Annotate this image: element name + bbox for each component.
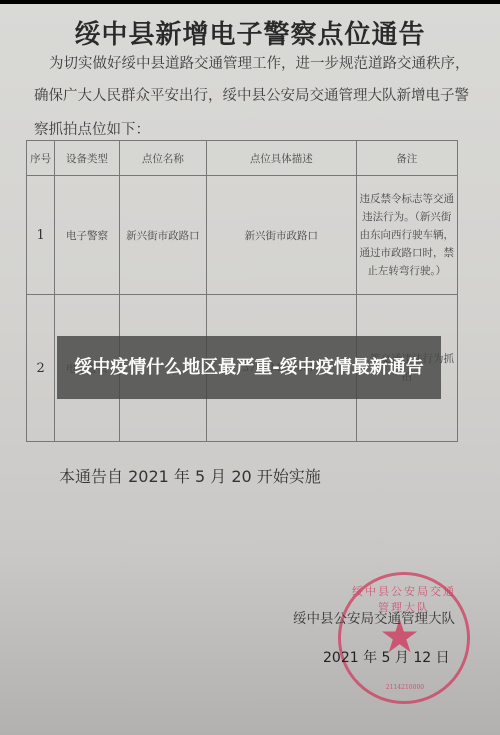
- header-desc: 点位具体描述: [207, 141, 357, 176]
- official-seal: 绥中县公安局交通管理大队 ★ 2114210000: [338, 572, 470, 704]
- paragraph-line-3: 察抓拍点位如下：: [34, 118, 479, 139]
- table-row: 1 电子警察 新兴街市政路口 新兴街市政路口 违反禁令标志等交通违法行为。（新兴…: [27, 176, 458, 295]
- effective-notice: 本通告自 2021 年 5 月 20 开始实施: [59, 464, 321, 487]
- paragraph-line-2: 确保广大人民群众平安出行，绥中县公安局交通管理大队新增电子警: [34, 84, 479, 105]
- cell-type: 电子警察: [55, 176, 119, 295]
- header-no: 序号: [27, 141, 55, 176]
- document-title: 绥中县新增电子警察点位通告: [0, 14, 500, 51]
- header-note: 备注: [356, 141, 457, 176]
- cell-desc: 新兴街市政路口: [207, 176, 357, 295]
- caption-overlay: 绥中疫情什么地区最严重-绥中疫情最新通告: [57, 336, 441, 399]
- sign-date: 2021 年 5 月 12 日: [323, 647, 450, 667]
- paragraph-line-1: 为切实做好绥中县道路交通管理工作，进一步规范道路交通秩序，: [49, 52, 494, 73]
- seal-code: 2114210000: [359, 684, 451, 691]
- cell-no: 2: [27, 295, 55, 442]
- cell-name: 新兴街市政路口: [119, 176, 206, 295]
- caption-text: 绥中疫情什么地区最严重-绥中疫情最新通告: [74, 356, 424, 379]
- header-type: 设备类型: [55, 141, 119, 176]
- cell-no: 1: [27, 176, 55, 295]
- signatory: 绥中县公安局交通管理大队: [293, 607, 455, 627]
- header-name: 点位名称: [119, 141, 206, 176]
- cell-note: 违反禁令标志等交通违法行为。（新兴街由东向西行驶车辆，通过市政路口时，禁止左转弯…: [356, 176, 457, 295]
- table-header-row: 序号 设备类型 点位名称 点位具体描述 备注: [27, 141, 458, 176]
